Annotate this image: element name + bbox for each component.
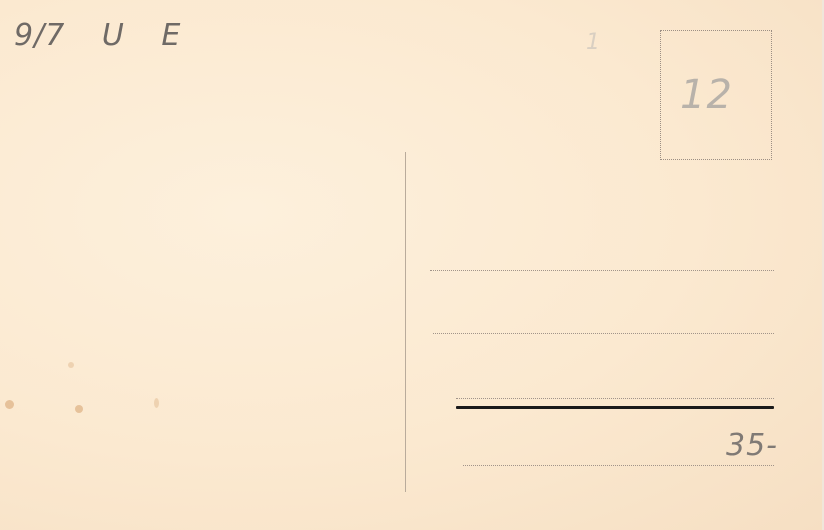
address-line-3 <box>456 398 774 399</box>
foxing-spot <box>75 405 83 413</box>
foxing-spot <box>154 398 159 408</box>
note-letter-e: E <box>161 18 181 53</box>
note-date: 9/7 <box>14 18 65 53</box>
address-underline-solid <box>456 406 774 409</box>
faint-pencil-mark: 1 <box>586 30 601 55</box>
address-line-2 <box>433 333 774 334</box>
handwritten-note-top-left: 9/7 U E <box>14 18 207 53</box>
handwritten-price: 35- <box>726 428 778 463</box>
message-address-divider <box>405 152 406 492</box>
note-letter-u: U <box>102 18 125 53</box>
postcard-back: 9/7 U E 1 12 35- <box>0 0 824 530</box>
address-line-1 <box>430 270 774 271</box>
foxing-spot <box>5 400 14 409</box>
address-line-4 <box>463 465 774 466</box>
foxing-spot <box>68 362 74 368</box>
handwritten-note-stamp-area: 12 <box>680 72 733 118</box>
